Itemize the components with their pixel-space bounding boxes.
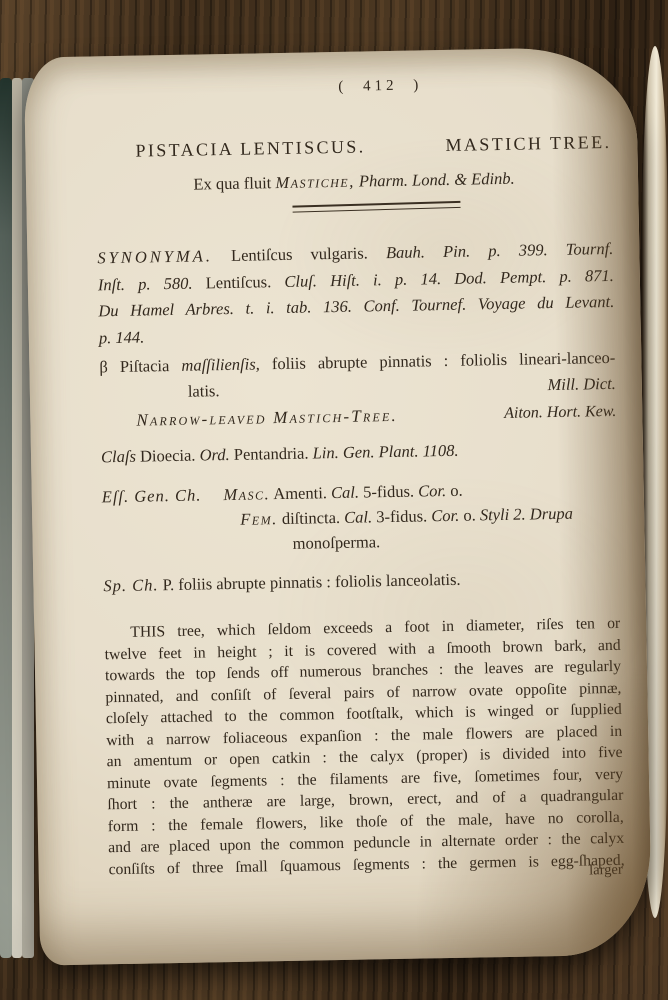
title-latin: PISTACIA LENTISCUS. — [135, 135, 366, 161]
drug-name: Mastiche, — [275, 172, 355, 192]
authority-citation: Aiton. Hort. Kew. — [504, 401, 617, 425]
book-photograph: ( 412 ) PISTACIA LENTISCUS. MASTICH TREE… — [0, 0, 668, 1000]
title-english: MASTICH TREE. — [445, 131, 611, 156]
ess-label: Eſſ. Gen. Ch. — [102, 486, 202, 507]
classification-line: Claſs Dioecia. Ord. Pentandria. Lin. Gen… — [101, 437, 617, 468]
page-number: ( 412 ) — [94, 73, 610, 100]
double-rule — [292, 201, 460, 213]
sp-ch-label: Sp. Ch. — [103, 575, 158, 595]
essential-generic-character: Eſſ. Gen. Ch.Masc. Amenti. Cal. 5-fidus.… — [102, 475, 619, 559]
book-page: ( 412 ) PISTACIA LENTISCUS. MASTICH TREE… — [24, 46, 653, 965]
heading-row: PISTACIA LENTISCUS. MASTICH TREE. — [95, 131, 611, 162]
description-paragraph: THIS tree, which ſeldom exceeds a foot i… — [104, 613, 625, 880]
specific-character: Sp. Ch. P. foliis abrupte pinnatis : fol… — [103, 566, 619, 597]
book-cover-edge — [0, 78, 12, 958]
authority-citation: Mill. Dict. — [547, 371, 616, 398]
pharmacopoeia-line: Ex qua fluit Mastiche, Pharm. Lond. & Ed… — [96, 166, 612, 196]
english-plant-name: Narrow-leaved Mastich-Tree. — [100, 405, 398, 432]
page-edge-strip — [12, 78, 22, 958]
synonyma-label: SYNONYMA. — [97, 246, 213, 267]
page-content: ( 412 ) PISTACIA LENTISCUS. MASTICH TREE… — [94, 47, 625, 888]
english-name-line: Narrow-leaved Mastich-Tree. Aiton. Hort.… — [100, 401, 616, 432]
beta-variety-section: β Piſtacia maſſilienſis, foliis abrupte … — [99, 345, 616, 406]
synonyma-section: SYNONYMA. Lentiſcus vulgaris. Bauh. Pin.… — [97, 236, 615, 351]
